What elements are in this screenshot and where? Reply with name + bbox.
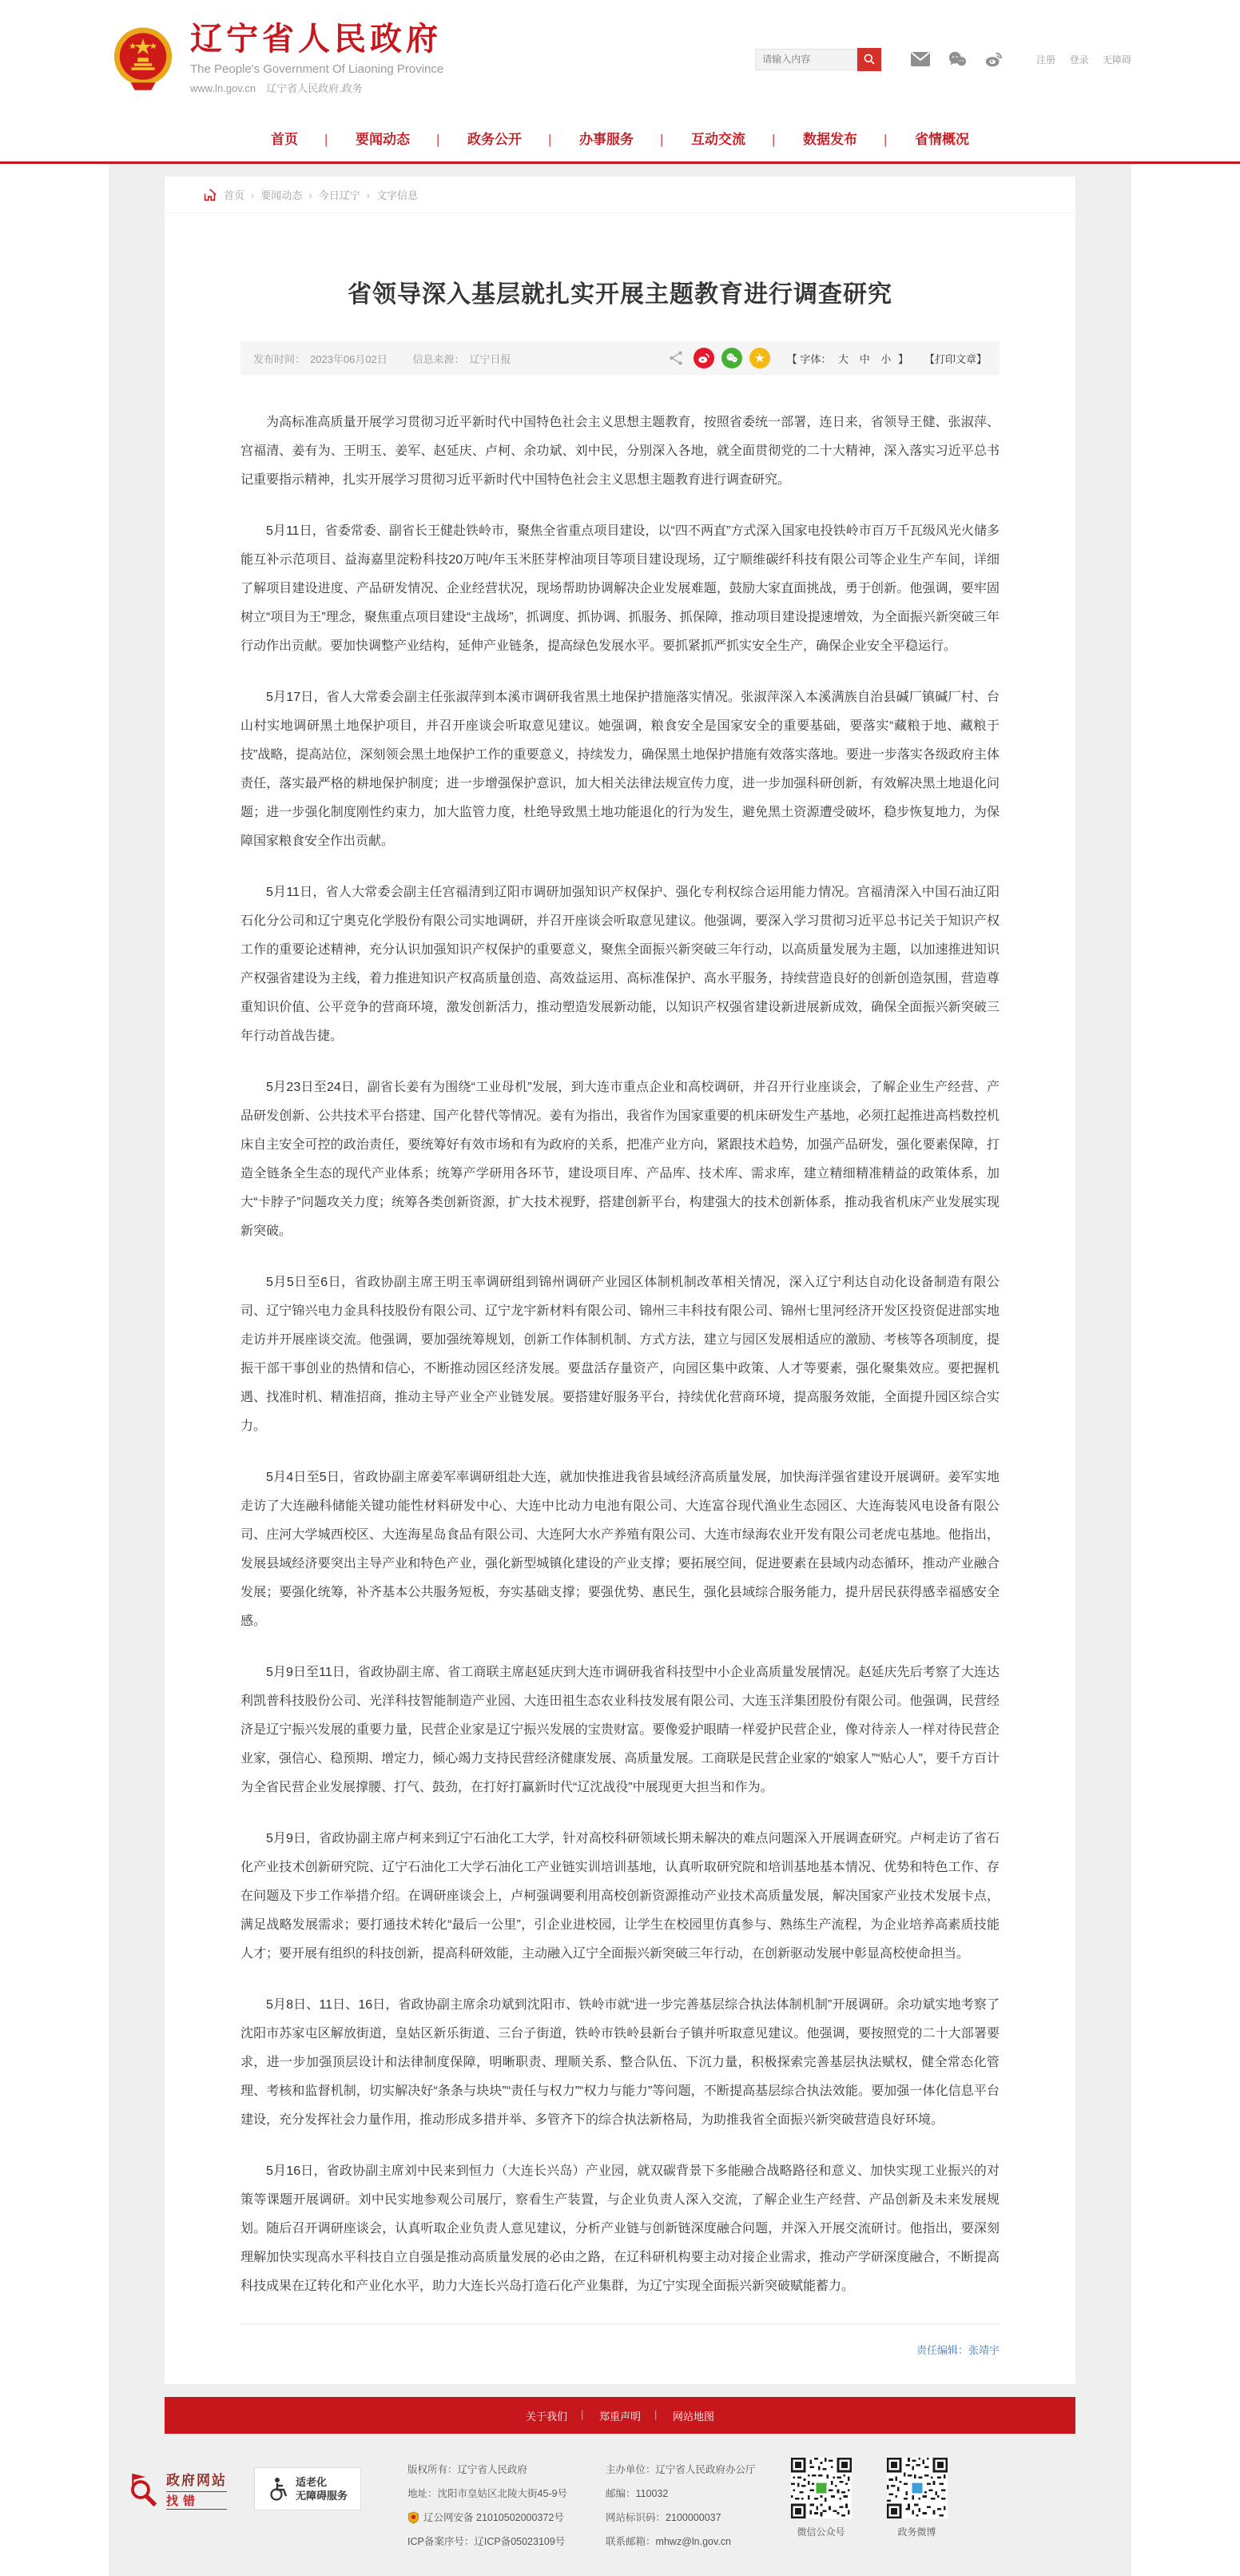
gov-find-error-icon [125,2470,161,2509]
share-icon[interactable] [668,349,686,367]
article-paragraph: 5月9日至11日，省政协副主席、省工商联主席赵延庆到大连市调研我省科技型中小企业… [240,1658,1000,1802]
breadcrumb-home[interactable]: 首页 [224,187,244,202]
search-input[interactable] [755,49,857,70]
login-link[interactable]: 登录 [1070,54,1089,66]
nav-item-overview[interactable]: 省情概况 [886,118,998,161]
weibo-icon[interactable] [984,50,1004,69]
article-paragraph: 5月4日至5日，省政协副主席姜军率调研组赴大连，就加快推进我省县域经济高质量发展… [240,1463,1000,1636]
gov-logo-text: 政府网站 [166,2469,227,2489]
font-size-medium-button[interactable]: 中 [860,353,870,365]
search-box [755,48,881,71]
share-wechat-icon[interactable] [721,348,742,368]
article-paragraph: 5月11日，省委常委、副省长王健赴铁岭市，聚焦全省重点项目建设，以“四不两直”方… [240,517,1000,661]
gov-logo-find-error-text: 找错 [166,2491,227,2510]
nav-item-home[interactable]: 首页 [242,118,327,161]
security-record-link[interactable]: 辽公网安备 21010502000372号 [423,2506,564,2530]
nav-item-gov-affairs[interactable]: 政务公开 [439,118,550,161]
article-paragraph: 5月9日，省政协副主席卢柯来到辽宁石油化工大学，针对高校科研领域长期未解决的难点… [240,1825,1000,1969]
breadcrumb-news[interactable]: 要闻动态 [244,187,302,202]
main-nav: 首页 要闻动态 政务公开 办事服务 互动交流 数据发布 省情概况 [0,118,1240,164]
share-weibo-icon[interactable] [694,348,714,368]
footer-info-column-2: 主办单位：辽宁省人民政府办公厅 邮编：110032 网站标识码：21000000… [606,2458,756,2554]
article-body: 为高标准高质量开展学习贯彻习近平新时代中国特色社会主义思想主题教育，按照省委统一… [165,375,1075,2301]
address-text: 地址：沈阳市皇姑区北陵大街45-9号 [407,2482,567,2506]
article-paragraph: 5月16日，省政协副主席刘中民来到恒力（大连长兴岛）产业园，就双碳背景下多能融合… [240,2157,1000,2301]
breadcrumb: 首页 要闻动态 今日辽宁 文字信息 [165,177,1075,213]
accessibility-text-line2: 无障碍服务 [296,2489,348,2502]
postcode-text: 邮编：110032 [606,2482,756,2506]
article-paragraph: 5月11日，省人大常委会副主任宫福清到辽阳市调研加强知识产权保护、强化专利权综合… [240,878,1000,1051]
weibo-qr-block: 政务微博 [887,2458,948,2538]
wheelchair-icon [268,2477,288,2501]
wechat-icon[interactable] [948,50,967,69]
article-paragraph: 5月8日、11日、16日，省政协副主席余功斌到沈阳市、铁岭市就“进一步完善基层综… [240,1991,1000,2135]
footer-info-column-1: 版权所有：辽宁省人民政府 地址：沈阳市皇姑区北陵大街45-9号 辽公网安备 21… [407,2458,567,2554]
nav-item-interaction[interactable]: 互动交流 [662,118,774,161]
mail-icon[interactable] [911,50,930,69]
site-logo[interactable]: 辽宁省人民政府 The People's Government Of Liaon… [109,23,443,95]
article-paragraph: 5月17日，省人大常委会副主任张淑萍到本溪市调研我省黑土地保护措施落实情况。张淑… [240,683,1000,856]
footer-about-link[interactable]: 关于我们 [510,2408,583,2423]
police-badge-icon [407,2511,419,2524]
nav-item-data[interactable]: 数据发布 [774,118,886,161]
wechat-qr-code [791,2458,852,2518]
editor-credit: 责任编辑：张靖宇 [240,2323,1000,2384]
weibo-qr-label: 政务微博 [887,2525,948,2538]
print-button[interactable]: 【打印文章】 [924,351,987,366]
wechat-qr-block: 微信公众号 [791,2458,852,2538]
footer-statement-link[interactable]: 郑重声明 [583,2408,657,2423]
font-size-small-button[interactable]: 小 [880,353,891,365]
footer-link-bar: 关于我们 郑重声明 网站地图 [165,2397,1075,2434]
nav-item-services[interactable]: 办事服务 [550,118,662,161]
font-size-label-close: 】 [898,353,908,365]
site-subtitle: The People's Government Of Liaoning Prov… [190,62,443,76]
nav-item-news[interactable]: 要闻动态 [327,118,439,161]
site-footer: 政府网站 找错 适老化 无障碍服务 版权所有：辽宁省人民政府 地址：沈阳市皇姑区… [117,2434,1123,2576]
home-icon[interactable] [203,188,217,201]
accessibility-service-button[interactable]: 适老化 无障碍服务 [254,2467,361,2510]
publish-time-value: 2023年06月02日 [310,353,387,365]
article-paragraph: 5月5日至6日，省政协副主席王明玉率调研组到锦州调研产业园区体制机制改革相关情况… [240,1268,1000,1441]
breadcrumb-text-info: 文字信息 [360,187,418,202]
font-size-label: 【 字体： [787,353,832,365]
page-title: 省领导深入基层就扎实开展主题教育进行调查研究 [165,229,1075,309]
accessibility-text-line1: 适老化 [296,2475,348,2489]
organizer-text: 主办单位：辽宁省人民政府办公厅 [606,2458,756,2482]
source-value: 辽宁日报 [470,353,511,365]
site-title: 辽宁省人民政府 [190,23,443,55]
article-card: 首页 要闻动态 今日辽宁 文字信息 省领导深入基层就扎实开展主题教育进行调查研究… [165,177,1075,2384]
national-emblem-icon [109,25,177,94]
accessibility-link[interactable]: 无障碍 [1103,54,1131,66]
site-url: www.ln.gov.cn 辽宁省人民政府.政务 [190,80,443,95]
register-link[interactable]: 注册 [1036,54,1055,66]
search-button[interactable] [857,48,881,71]
icp-record-link[interactable]: ICP备案序号：辽ICP备05023109号 [407,2530,567,2554]
site-id-text: 网站标识码：2100000037 [606,2506,756,2530]
wechat-qr-label: 微信公众号 [791,2525,852,2538]
gov-website-error-report-badge[interactable]: 政府网站 找错 [125,2469,227,2510]
article-paragraph: 为高标准高质量开展学习贯彻习近平新时代中国特色社会主义思想主题教育，按照省委统一… [240,408,1000,495]
share-qzone-icon[interactable]: ★ [749,348,770,368]
copyright-text: 版权所有：辽宁省人民政府 [407,2458,567,2482]
source-label: 信息来源： [412,353,464,365]
font-size-large-button[interactable]: 大 [838,353,849,365]
site-header: 辽宁省人民政府 The People's Government Of Liaon… [0,0,1240,118]
article-meta-bar: 发布时间：2023年06月02日 信息来源：辽宁日报 ★ 【 字体： 大 [240,341,1000,375]
contact-email-text: 联系邮箱：mhwz@ln.gov.cn [606,2530,756,2554]
search-icon [863,53,876,66]
article-paragraph: 5月23日至24日，副省长姜有为围绕“工业母机”发展，到大连市重点企业和高校调研… [240,1073,1000,1246]
weibo-qr-code [887,2458,948,2518]
breadcrumb-today-liaoning[interactable]: 今日辽宁 [302,187,360,202]
footer-sitemap-link[interactable]: 网站地图 [657,2408,730,2423]
publish-time-label: 发布时间： [253,353,305,365]
